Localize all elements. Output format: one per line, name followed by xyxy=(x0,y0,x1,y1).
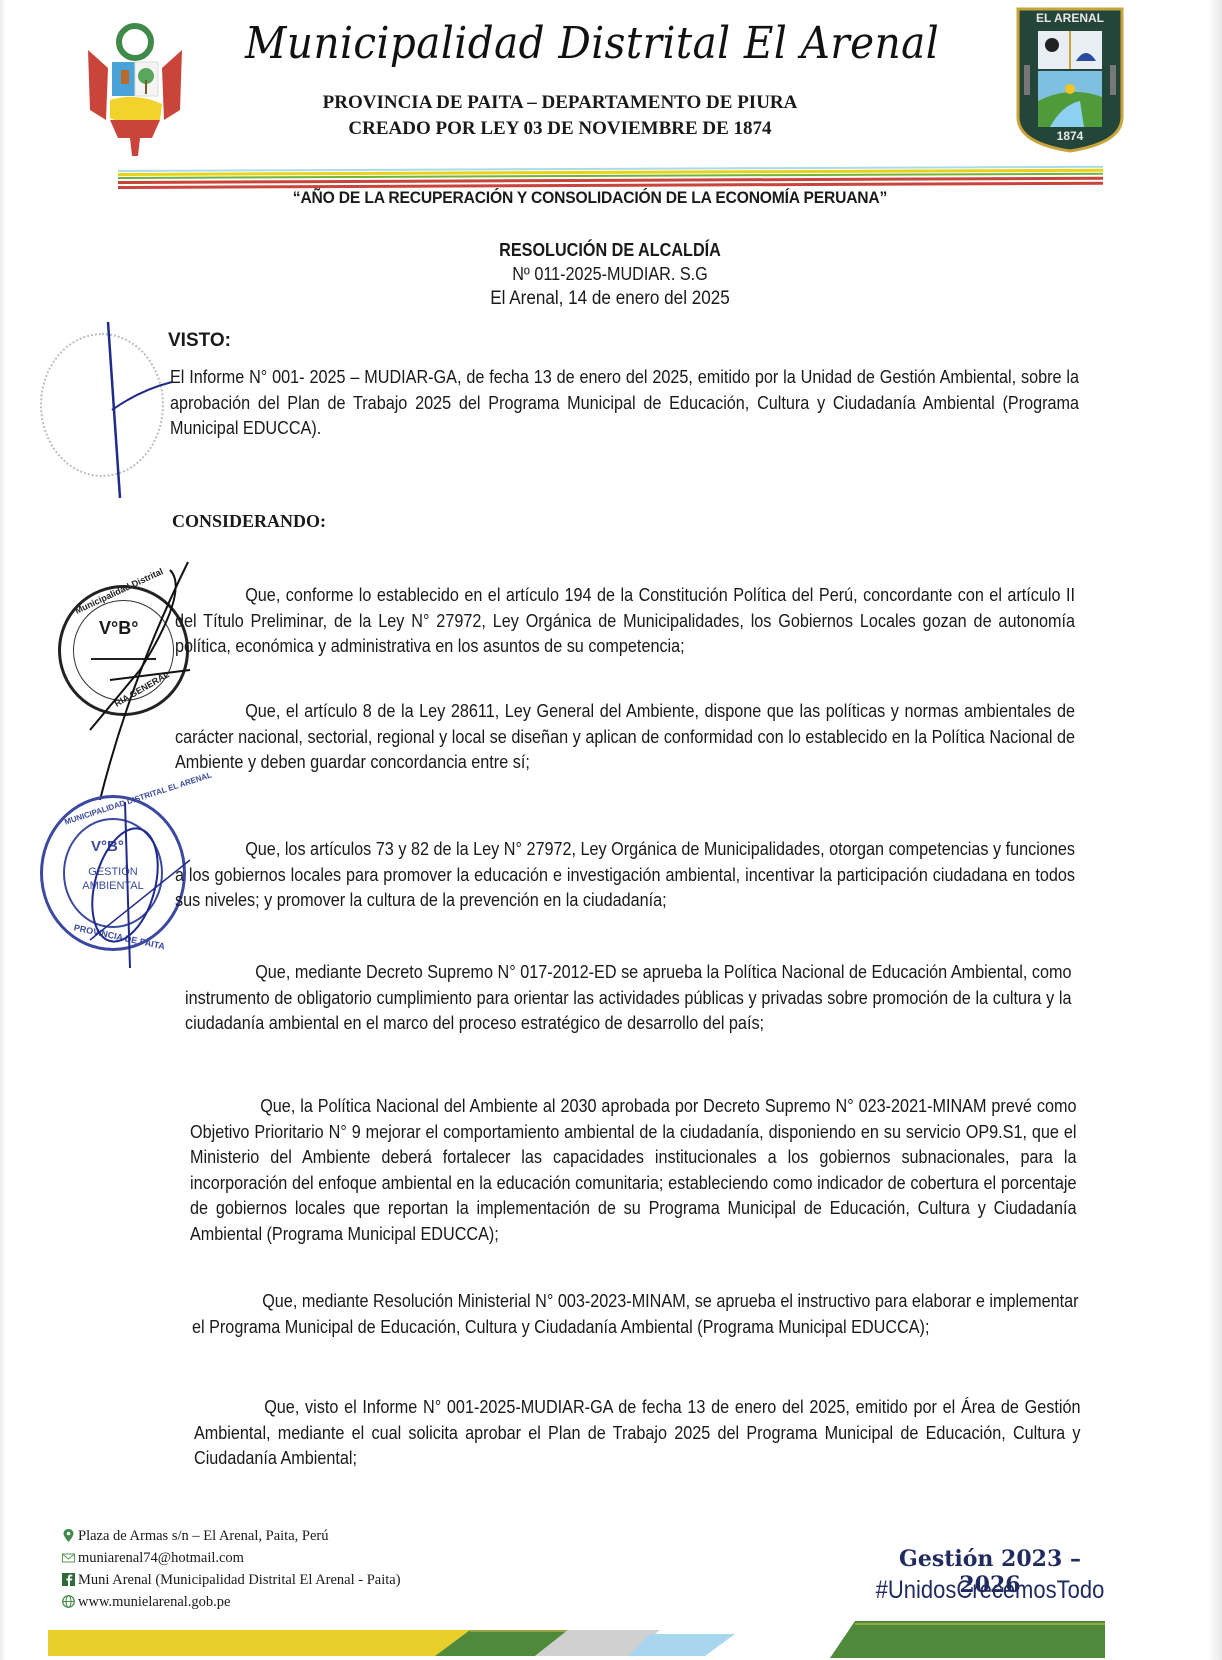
considerando-paragraph-6: Que, mediante Resolución Ministerial N° … xyxy=(192,1289,1079,1340)
year-motto: “AÑO DE LA RECUPERACIÓN Y CONSOLIDACIÓN … xyxy=(185,188,995,208)
resolution-place-date: El Arenal, 14 de enero del 2025 xyxy=(331,288,889,310)
facebook-icon xyxy=(62,1573,75,1586)
shield-top-label: EL ARENAL xyxy=(1010,11,1130,25)
resolution-title: RESOLUCIÓN DE ALCALDÍA xyxy=(331,240,889,261)
considerando-paragraph-1: Que, conforme lo establecido en el artíc… xyxy=(175,583,1075,660)
considerando-heading: CONSIDERANDO: xyxy=(172,511,326,532)
considerando-paragraph-4: Que, mediante Decreto Supremo N° 017-201… xyxy=(185,960,1072,1037)
considerando-paragraph-2: Que, el artículo 8 de la Ley 28611, Ley … xyxy=(175,699,1075,776)
shield-year-label: 1874 xyxy=(1010,129,1130,143)
footer-facebook[interactable]: Muni Arenal (Municipalidad Distrital El … xyxy=(62,1572,401,1589)
resolution-number: Nº 011-2025-MUDIAR. S.G xyxy=(331,264,889,285)
el-arenal-shield-icon: EL ARENAL 1874 xyxy=(1010,5,1130,155)
considerando-paragraph-3: Que, los artículos 73 y 82 de la Ley N° … xyxy=(175,837,1075,914)
municipality-name: Municipalidad Distrital El Arenal xyxy=(245,18,939,69)
visto-paragraph: El Informe N° 001- 2025 – MUDIAR-GA, de … xyxy=(170,365,1079,442)
mail-icon xyxy=(62,1551,75,1564)
considerando-paragraph-7: Que, visto el Informe N° 001-2025-MUDIAR… xyxy=(194,1395,1081,1472)
footer-address: Plaza de Armas s/n – El Arenal, Paita, P… xyxy=(62,1528,328,1545)
footer-color-band xyxy=(0,1600,1222,1660)
visto-heading: VISTO: xyxy=(168,330,231,352)
considerando-paragraph-5: Que, la Política Nacional del Ambiente a… xyxy=(190,1094,1077,1247)
province-line: PROVINCIA DE PAITA – DEPARTAMENTO DE PIU… xyxy=(280,92,840,114)
footer-email[interactable]: muniarenal74@hotmail.com xyxy=(62,1550,244,1567)
page-edge-right xyxy=(1208,0,1222,1660)
page-edge-left xyxy=(0,0,6,1660)
creation-line: CREADO POR LEY 03 DE NOVIEMBRE DE 1874 xyxy=(280,118,840,140)
location-pin-icon xyxy=(62,1529,75,1542)
peru-coat-of-arms-icon xyxy=(80,20,190,160)
